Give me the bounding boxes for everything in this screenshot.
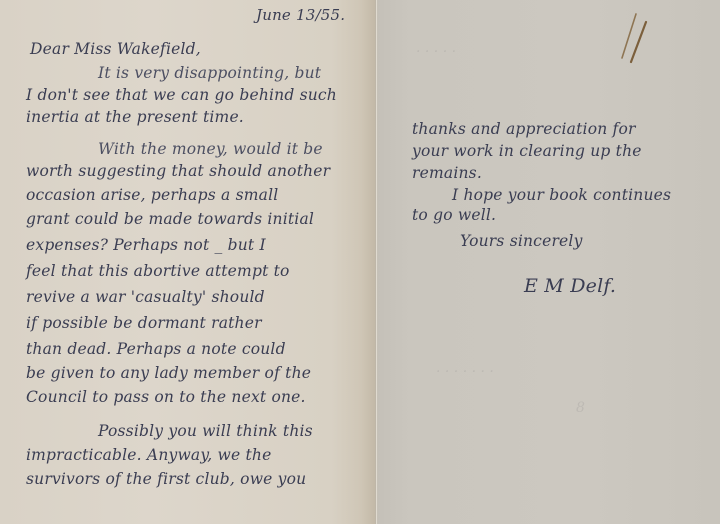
letter-line: than dead. Perhaps a note could xyxy=(26,340,286,358)
page-gutter xyxy=(375,0,378,524)
letter-line: It is very disappointing, but xyxy=(98,64,321,82)
letter-spread: June 13/55. Dear Miss Wakefield, It is v… xyxy=(0,0,720,524)
letter-closing: Yours sincerely xyxy=(460,232,583,250)
letter-line: revive a war 'casualty' should xyxy=(26,288,265,306)
letter-line: Possibly you will think this xyxy=(98,422,313,440)
letter-line: occasion arise, perhaps a small xyxy=(26,186,278,204)
letter-line: impracticable. Anyway, we the xyxy=(26,446,271,464)
letter-salutation: Dear Miss Wakefield, xyxy=(30,40,201,58)
letter-line: survivors of the first club, owe you xyxy=(26,470,306,488)
letter-line: inertia at the present time. xyxy=(26,108,244,126)
letter-line: I hope your book continues xyxy=(452,186,671,204)
bleed-through-text: . . . . . . . xyxy=(436,360,494,376)
letter-line: worth suggesting that should another xyxy=(26,162,330,180)
letter-line: I don't see that we can go behind such xyxy=(26,86,337,104)
letter-line: be given to any lady member of the xyxy=(26,364,311,382)
bleed-through-text: 8 xyxy=(576,400,585,416)
letter-line: to go well. xyxy=(412,206,496,224)
pencil-slash-mark-icon xyxy=(618,8,648,64)
letter-signature: E M Delf. xyxy=(524,275,616,297)
letter-line: With the money, would it be xyxy=(98,140,323,158)
letter-page-left: June 13/55. Dear Miss Wakefield, It is v… xyxy=(0,0,376,524)
letter-page-right: . . . . . . . . . . . . 8 xyxy=(376,0,720,524)
letter-line: feel that this abortive attempt to xyxy=(26,262,290,280)
letter-date: June 13/55. xyxy=(256,6,345,24)
letter-line: Council to pass on to the next one. xyxy=(26,388,306,406)
letter-line: your work in clearing up the xyxy=(412,142,642,160)
letter-line: expenses? Perhaps not _ but I xyxy=(26,236,266,254)
letter-line: thanks and appreciation for xyxy=(412,120,636,138)
letter-line: remains. xyxy=(412,164,482,182)
letter-line: grant could be made towards initial xyxy=(26,210,314,228)
bleed-through-text: . . . . . xyxy=(416,40,456,56)
letter-line: if possible be dormant rather xyxy=(26,314,262,332)
